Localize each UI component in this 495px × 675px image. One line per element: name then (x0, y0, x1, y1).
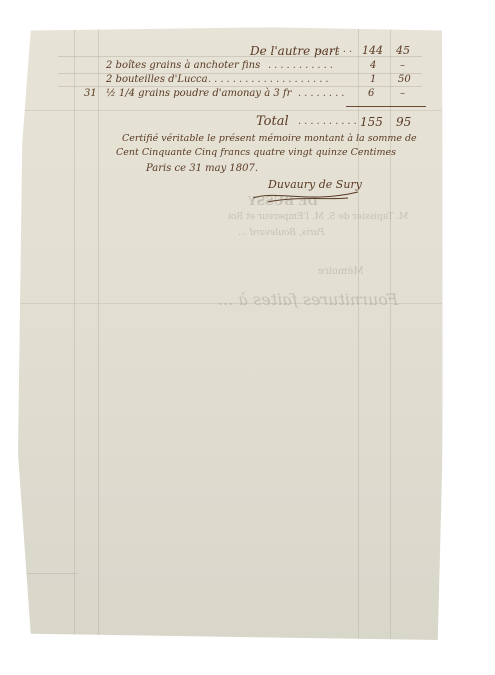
certification-line-2: Cent Cinquante Cinq francs quatre vingt … (116, 147, 396, 158)
item-francs: 4 (370, 60, 376, 71)
dot-leader: .................... (208, 74, 332, 85)
item-francs: 1 (370, 74, 376, 85)
item-day: 31 (84, 88, 97, 99)
column-line (358, 18, 359, 640)
ghost-address: Paris, Boulevard ... (238, 228, 325, 238)
certification-line-1: Certifié véritable le présent mémoire mo… (122, 133, 417, 144)
dot-leader: .......... (298, 116, 360, 127)
dot-leader: ...... (318, 44, 355, 55)
ghost-title: Fournitures faites à ... (218, 290, 398, 309)
fold-line (18, 110, 442, 111)
dot-leader: ........ (298, 88, 347, 99)
ghost-header: DE BUSSY (248, 194, 318, 208)
item-francs: 6 (368, 88, 374, 99)
ghost-subheader: M. Tapissier de S. M. l'Empereur et Roi (228, 212, 408, 222)
item-centimes: – (400, 88, 405, 99)
total-francs: 155 (360, 115, 383, 129)
place-date: Paris ce 31 may 1807. (146, 163, 258, 174)
ruled-line (58, 86, 422, 87)
total-label: Total (256, 114, 289, 129)
item-description: ½ 1/4 grains poudre d'amonay à 3 fr (106, 88, 291, 99)
margin-line (98, 18, 99, 640)
ghost-note: Mémoire (318, 266, 364, 277)
item-centimes: 50 (398, 74, 411, 85)
item-description: 2 boîtes grains à anchoter fins (106, 60, 260, 71)
total-centimes: 95 (396, 115, 411, 129)
dot-leader: ........... (268, 60, 336, 71)
carried-forward-francs: 144 (362, 44, 383, 57)
margin-line (74, 18, 75, 640)
carried-forward-centimes: 45 (396, 44, 410, 57)
item-centimes: – (400, 60, 405, 71)
ruled-line (18, 573, 78, 574)
total-rule (346, 106, 426, 107)
paper-sheet: De l'autre part ...... 144 45 2 boîtes g… (18, 18, 442, 640)
column-line (390, 18, 391, 640)
item-description: 2 bouteilles d'Lucca (106, 74, 208, 85)
